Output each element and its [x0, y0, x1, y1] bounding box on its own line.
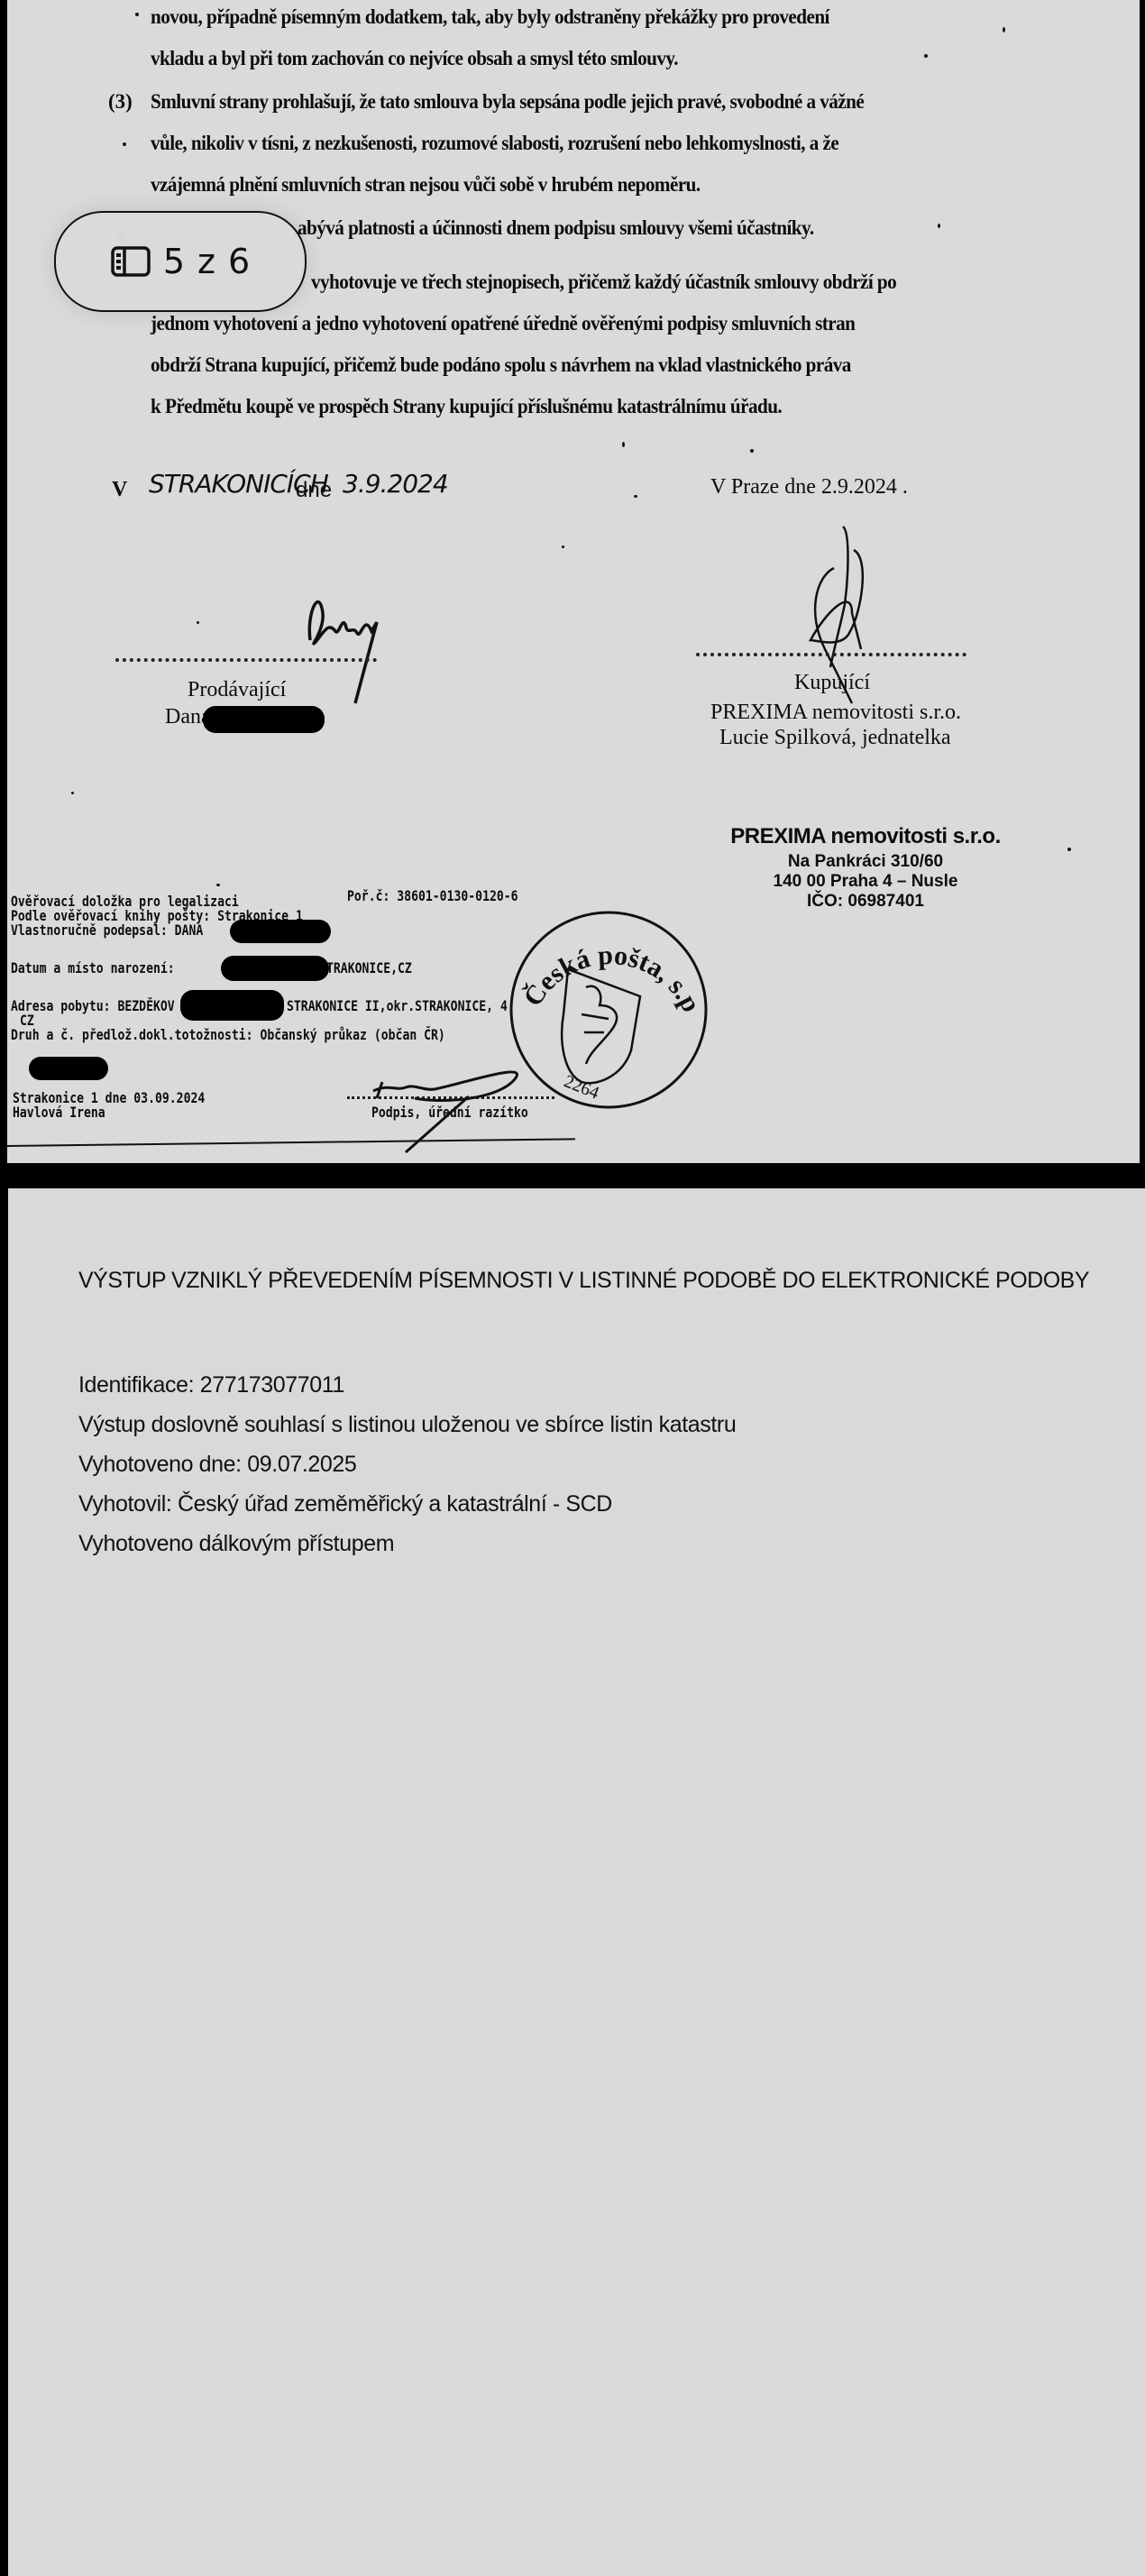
redaction: [203, 706, 325, 733]
seller-date-handwritten: 3.9.2024: [343, 469, 448, 499]
redaction: [29, 1057, 108, 1080]
verification-birth: Datum a místo narození:: [11, 961, 175, 976]
company-stamp: PREXIMA nemovitosti s.r.o. Na Pankráci 3…: [721, 824, 1010, 912]
conversion-statement: Výstup doslovně souhlasí s listinou ulož…: [78, 1412, 736, 1438]
scan-speck: [924, 54, 928, 58]
scan-speck: [123, 142, 126, 146]
stamp-company-name: PREXIMA nemovitosti s.r.o.: [721, 824, 1010, 849]
seller-role: Prodávající: [188, 678, 286, 702]
seller-signature-line: [115, 658, 377, 662]
conversion-issuer: Vyhotovil: Český úřad zeměměřický a kata…: [78, 1491, 612, 1517]
conversion-date: Vyhotoveno dne: 09.07.2025: [78, 1452, 356, 1478]
scan-speck: [71, 792, 74, 794]
scan-speck: [750, 449, 754, 453]
svg-text:Česká pošta, s.p.: Česká pošta, s.p.: [505, 906, 706, 1017]
paragraph-5-line-1: vyhotovuje ve třech stejnopisech, přičem…: [311, 270, 896, 294]
paragraph-3-line-1: Smluvní strany prohlašují, že tato smlou…: [151, 90, 864, 114]
conversion-method: Vyhotoveno dálkovým přístupem: [78, 1531, 394, 1557]
scan-speck: [1003, 27, 1005, 32]
conversion-heading: VÝSTUP VZNIKLÝ PŘEVEDENÍM PÍSEMNOSTI V L…: [78, 1267, 1097, 1294]
verification-address: Adresa pobytu: BEZDĚKOV: [11, 999, 175, 1013]
verification-id-doc: Druh a č. předlož.dokl.totožnosti: Občan…: [11, 1028, 445, 1042]
seller-date-prefix: dne: [296, 478, 332, 503]
seller-place-prefix: V: [112, 478, 127, 502]
page-total: 6: [228, 242, 250, 281]
scan-speck: [622, 442, 625, 447]
conversion-identification: Identifikace: 277173077011: [78, 1372, 344, 1398]
page-indicator[interactable]: 5 z 6: [54, 211, 307, 312]
verification-birth-tail: TRAKONICE,CZ: [326, 961, 412, 976]
buyer-signature-line: [696, 653, 966, 656]
verification-officer: Havlová Irena: [13, 1105, 105, 1120]
paragraph-5-line-3: obdrží Strana kupující, přičemž bude pod…: [151, 353, 851, 377]
paragraph-3-line-2: vůle, nikoliv v tísni, z nezkušenosti, r…: [151, 132, 838, 155]
paragraph-5-line-4: k Předmětu koupě ve prospěch Strany kupu…: [151, 395, 782, 418]
post-office-stamp: Česká pošta, s.p. 2264: [505, 906, 712, 1114]
page-thumbnails-icon: [111, 246, 151, 277]
verification-signed-by: Vlastnoručně podepsal: DANA: [11, 923, 203, 938]
scan-speck: [634, 495, 637, 498]
paragraph-2-line-1: novou, případně písemným dodatkem, tak, …: [151, 5, 829, 29]
redaction: [230, 920, 331, 943]
paragraph-5-line-2: jednom vyhotovení a jedno vyhotovení opa…: [151, 312, 855, 335]
stamp-ico: IČO: 06987401: [721, 892, 1010, 912]
redaction: [180, 990, 284, 1021]
buyer-role: Kupující: [794, 671, 870, 695]
seller-signature: [289, 577, 424, 712]
buyer-place-date: V Praze dne 2.9.2024 .: [710, 475, 908, 500]
verification-address-tail: STRAKONICE II,okr.STRAKONICE, 4: [287, 999, 508, 1013]
paragraph-3-line-3: vzájemná plnění smluvních stran nejsou v…: [151, 173, 701, 197]
scan-speck: [216, 884, 220, 886]
scan-speck: [197, 621, 199, 624]
stamp-city: 140 00 Praha 4 – Nusle: [721, 872, 1010, 892]
paragraph-4-line-1: abývá platnosti a účinnosti dnem podpisu…: [298, 216, 814, 240]
scan-speck: [938, 224, 940, 228]
scan-speck: [1067, 848, 1071, 851]
verification-serial: Poř.č: 38601-0130-0120-6: [347, 889, 518, 903]
scan-speck: [135, 13, 139, 16]
scan-speck: [562, 545, 564, 548]
paragraph-3-number: (3): [108, 90, 133, 114]
buyer-representative: Lucie Spilková, jednatelka: [719, 726, 951, 750]
redaction: [221, 956, 329, 981]
page-separator: z: [197, 242, 215, 281]
paragraph-2-line-2: vkladu a byl při tom zachován co nejvíce…: [151, 47, 678, 70]
page-current: 5: [163, 242, 185, 281]
buyer-company: PREXIMA nemovitosti s.r.o.: [710, 701, 961, 725]
stamp-street: Na Pankráci 310/60: [721, 852, 1010, 872]
